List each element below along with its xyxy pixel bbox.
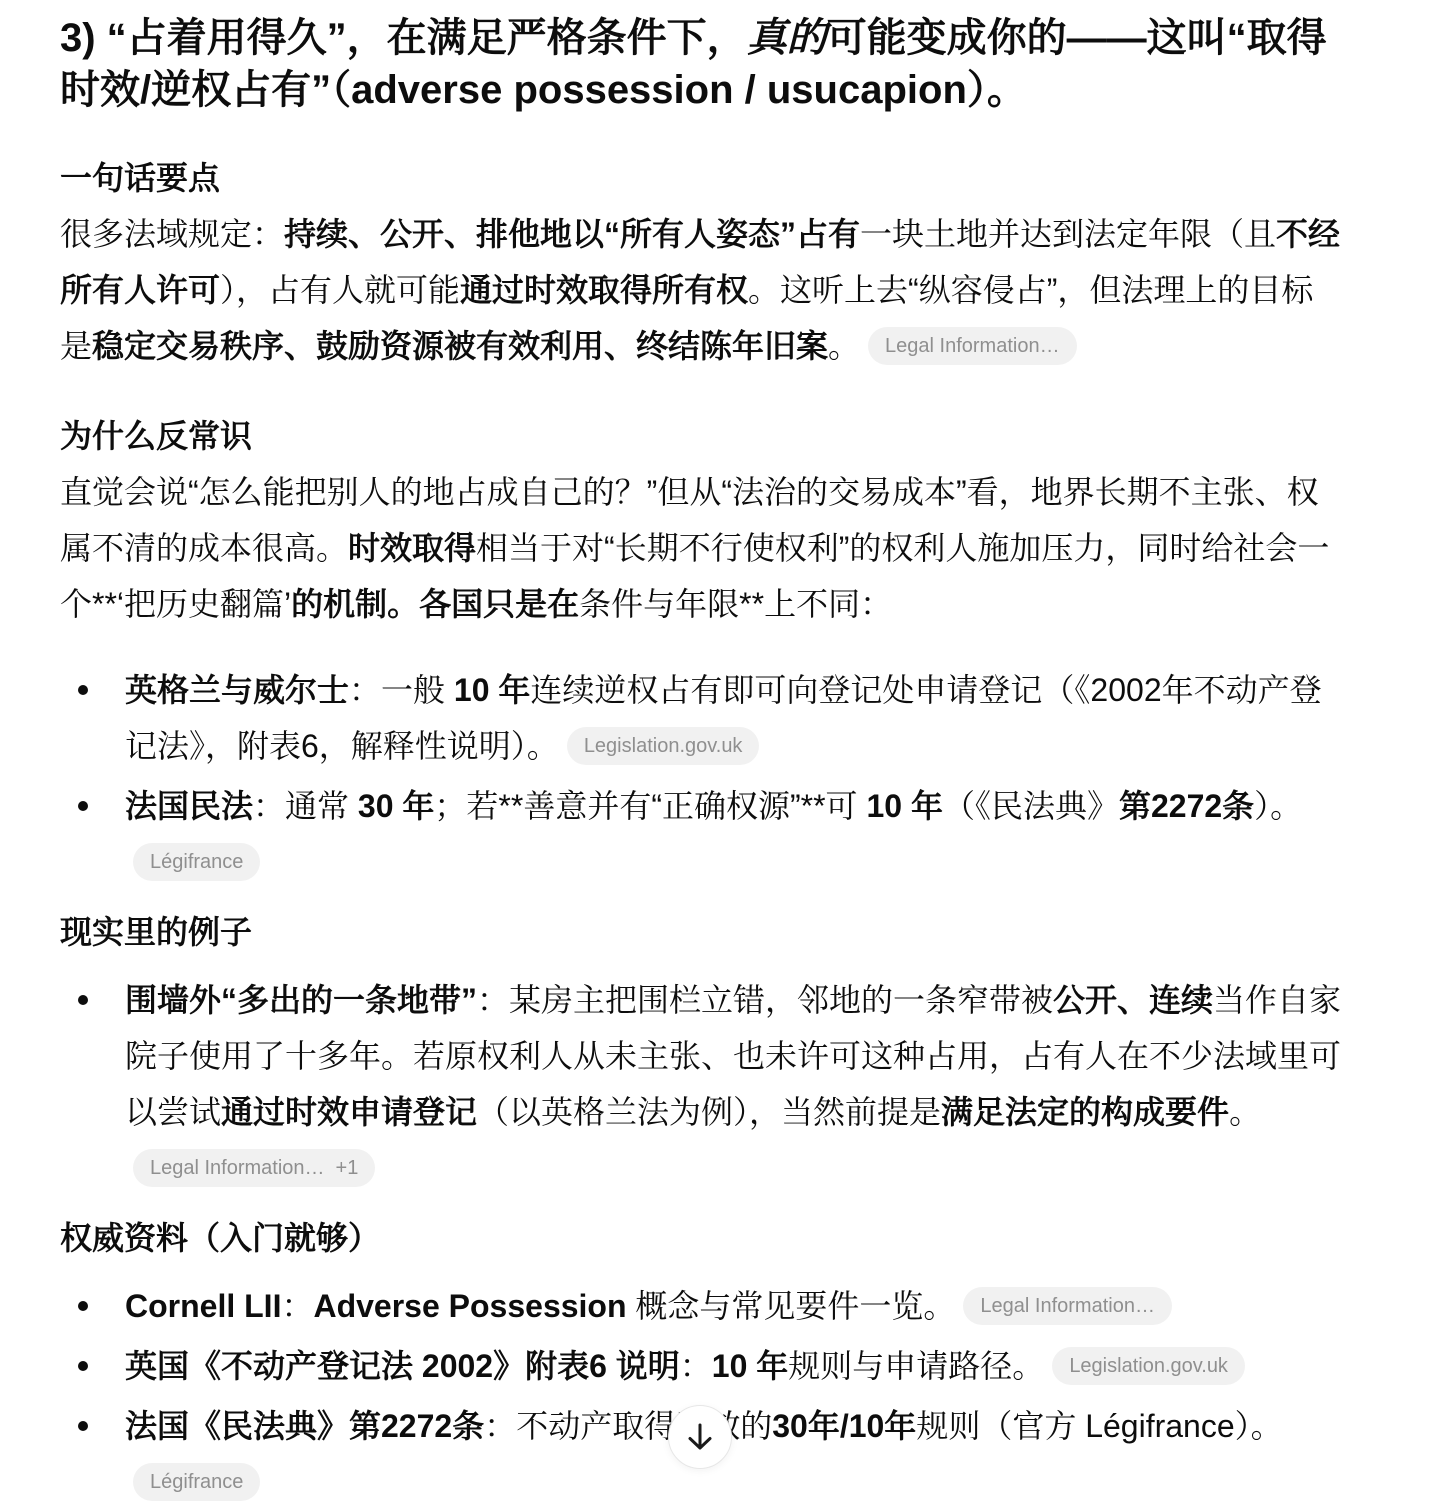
section-heading-example: 现实里的例子 — [60, 904, 1342, 960]
list-item: 法国民法：通常 30 年；若**善意并有“正确权源”**可 10 年（《民法典》… — [125, 778, 1342, 890]
text-segment: 很多法域规定： — [60, 216, 284, 252]
text-segment: （以英格兰法为例），当然前提是 — [477, 1094, 941, 1130]
example-list: 围墙外“多出的一条地带”：某房主把围栏立错，邻地的一条窄带被公开、连续当作自家院… — [60, 972, 1342, 1196]
text-segment: ：某房主把围栏立错，邻地的一条窄带被 — [477, 982, 1053, 1018]
text-segment: 规则（官方 Légifrance）。 — [916, 1408, 1282, 1444]
text-segment: Adverse Possession — [313, 1288, 626, 1324]
text-segment: 的机制。各国只是在 — [291, 586, 579, 622]
arrow-down-icon — [685, 1421, 715, 1453]
citation-pill-label: Legislation.gov.uk — [1069, 1355, 1228, 1377]
text-segment: ；若**善意并有“正确权源”**可 — [434, 788, 866, 824]
text-segment: ：一般 — [349, 672, 454, 708]
citation-pill-label: Legal Information… — [150, 1157, 325, 1179]
citation-pill[interactable]: Legal Information… — [868, 327, 1077, 365]
citation-pill-label: Legal Information… — [885, 335, 1060, 357]
text-segment: 10 年 — [866, 788, 943, 824]
text-segment: 英格兰与威尔士 — [125, 672, 349, 708]
assistant-message: 3) “占着用得久”，在满足严格条件下，真的可能变成你的——这叫“取得时效/逆权… — [60, 0, 1342, 1502]
list-item: 围墙外“多出的一条地带”：某房主把围栏立错，邻地的一条窄带被公开、连续当作自家院… — [125, 972, 1342, 1196]
text-segment: 30年/10年 — [772, 1408, 916, 1444]
citation-pill[interactable]: Legal Information…+1 — [133, 1149, 375, 1187]
bullet-icon — [78, 995, 88, 1005]
section-heading-counterintuitive: 为什么反常识 — [60, 408, 1342, 464]
citation-pill[interactable]: Legislation.gov.uk — [567, 727, 760, 765]
text-segment: ），占有人就可能 — [220, 272, 460, 308]
text-segment: 规则与申请路径。 — [788, 1348, 1044, 1384]
citation-pill-label: Légifrance — [150, 851, 243, 873]
text-segment: 10 年 — [712, 1348, 789, 1384]
text-segment: 概念与常见要件一览。 — [627, 1288, 956, 1324]
text-segment: 英国《不动产登记法 2002》附表6 说明 — [125, 1348, 680, 1384]
bullet-icon — [78, 1421, 88, 1431]
text-segment: 。 — [1229, 1094, 1261, 1130]
text-segment: 3) “占着用得久”，在满足严格条件下， — [60, 16, 747, 60]
message-heading: 3) “占着用得久”，在满足严格条件下，真的可能变成你的——这叫“取得时效/逆权… — [60, 12, 1342, 116]
text-segment: 围墙外“多出的一条地带” — [125, 982, 477, 1018]
text-segment: 法国《民法典》第2272条 — [125, 1408, 484, 1444]
text-segment: ： — [680, 1348, 712, 1384]
bullet-icon — [78, 801, 88, 811]
text-segment: 持续、公开、排他地以“所有人姿态”占有 — [284, 216, 860, 252]
bullet-icon — [78, 1301, 88, 1311]
citation-pill[interactable]: Légifrance — [133, 1463, 260, 1501]
text-segment: 一块土地并达到法定年限（且 — [860, 216, 1276, 252]
text-segment: 公开、连续 — [1053, 982, 1213, 1018]
scroll-to-bottom-button[interactable] — [668, 1405, 732, 1469]
paragraph-key-point: 很多法域规定：持续、公开、排他地以“所有人姿态”占有一块土地并达到法定年限（且不… — [60, 206, 1342, 374]
text-segment: 法国民法 — [125, 788, 253, 824]
citation-pill[interactable]: Legislation.gov.uk — [1052, 1347, 1245, 1385]
text-segment: 条件与年限**上不同： — [579, 586, 892, 622]
text-segment: 通过时效申请登记 — [221, 1094, 477, 1130]
text-segment: 第2272条 — [1119, 788, 1254, 824]
text-segment: 稳定交易秩序、鼓励资源被有效利用、终结陈年旧案 — [92, 328, 828, 364]
text-segment: 30 年 — [358, 788, 435, 824]
text-segment: ）。 — [1254, 788, 1302, 824]
text-segment: Cornell LII — [125, 1288, 281, 1324]
citation-pill-label: Légifrance — [150, 1471, 243, 1493]
list-item: Cornell LII：Adverse Possession 概念与常见要件一览… — [125, 1278, 1342, 1334]
jurisdiction-list: 英格兰与威尔士：一般 10 年连续逆权占有即可向登记处申请登记（《2002年不动… — [60, 662, 1342, 890]
text-segment: ： — [281, 1288, 313, 1324]
list-item: 法国《民法典》第2272条：不动产取得时效的30年/10年规则（官方 Légif… — [125, 1398, 1342, 1502]
citation-pill-extra-count: +1 — [336, 1157, 359, 1179]
section-heading-sources: 权威资料（入门就够） — [60, 1210, 1342, 1266]
bullet-icon — [78, 1361, 88, 1371]
text-segment: 10 年 — [454, 672, 531, 708]
citation-pill-label: Legislation.gov.uk — [584, 735, 743, 757]
text-segment: 真的 — [747, 16, 827, 60]
bullet-icon — [78, 685, 88, 695]
text-segment: 时效取得 — [348, 530, 476, 566]
text-segment: ：通常 — [253, 788, 358, 824]
citation-pill-label: Legal Information… — [980, 1295, 1155, 1317]
text-segment: （《民法典》 — [943, 788, 1119, 824]
paragraph-counterintuitive: 直觉会说“怎么能把别人的地占成自己的？”但从“法治的交易成本”看，地界长期不主张… — [60, 464, 1342, 632]
list-item: 英国《不动产登记法 2002》附表6 说明：10 年规则与申请路径。Legisl… — [125, 1338, 1342, 1394]
citation-pill[interactable]: Légifrance — [133, 843, 260, 881]
text-segment: 满足法定的构成要件 — [941, 1094, 1229, 1130]
citation-pill[interactable]: Legal Information… — [963, 1287, 1172, 1325]
list-item: 英格兰与威尔士：一般 10 年连续逆权占有即可向登记处申请登记（《2002年不动… — [125, 662, 1342, 774]
section-heading-key-point: 一句话要点 — [60, 150, 1342, 206]
text-segment: 。 — [828, 328, 860, 364]
text-segment: 通过时效取得所有权 — [460, 272, 748, 308]
